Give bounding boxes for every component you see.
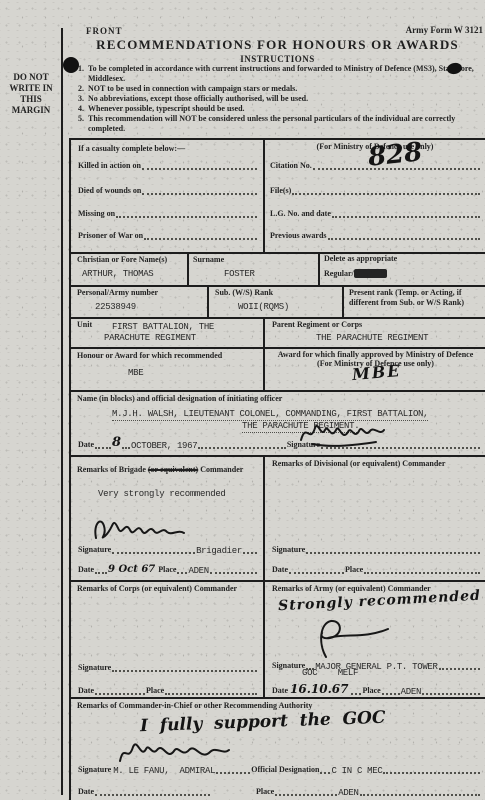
field-label: Previous awards xyxy=(270,231,327,241)
army-place-value: ADEN xyxy=(401,687,421,697)
corps-heading: Remarks of Corps (or equivalent) Command… xyxy=(77,584,259,594)
instruction-num: 4. xyxy=(72,104,84,114)
signature-label: Signature xyxy=(78,765,111,775)
rule xyxy=(70,252,485,254)
instruction-num: 1. xyxy=(72,64,84,84)
lg-no-field: L.G. No. and date xyxy=(270,209,481,219)
instruction-text: No abbreviations, except those officiall… xyxy=(88,94,481,104)
unit-value-line1: FIRST BATTALION, THE xyxy=(112,322,214,332)
cinc-date-place-row: Date Place ADEN xyxy=(78,783,481,797)
signature-label: Signature xyxy=(78,545,111,555)
place-label: Place xyxy=(362,686,380,696)
divider xyxy=(263,138,265,252)
date-label: Date xyxy=(78,686,94,696)
instruction-num: 2. xyxy=(72,84,84,94)
divisional-heading: Remarks of Divisional (or equivalent) Co… xyxy=(272,459,477,469)
died-of-wounds-field: Died of wounds on xyxy=(78,186,258,196)
surname-label: Surname xyxy=(193,255,224,265)
instruction-item: 2. NOT to be used in connection with cam… xyxy=(72,84,481,94)
divider xyxy=(263,580,265,697)
approved-award-value-hand: MBE xyxy=(351,361,402,384)
signature-label: Signature xyxy=(272,545,305,555)
brigade-signature-rank: Brigadier xyxy=(196,546,242,556)
date-label: Date xyxy=(78,565,94,575)
sub-rank-label: Sub. (W/S) Rank xyxy=(215,288,273,298)
rule xyxy=(70,455,485,457)
field-label: File(s) xyxy=(270,186,291,196)
place-label: Place xyxy=(256,787,274,797)
instruction-item: 5. This recommendation will NOT be consi… xyxy=(72,114,481,134)
brigade-place-value: ADEN xyxy=(188,566,208,576)
unit-label: Unit xyxy=(77,320,92,330)
divider xyxy=(263,317,265,390)
divider xyxy=(207,285,209,317)
divider xyxy=(318,252,320,285)
brigade-date-hand: 9 Oct 67 xyxy=(108,564,155,575)
missing-on-field: Missing on xyxy=(78,209,258,219)
date-label: Date xyxy=(272,565,288,575)
walsh-signature-scrawl xyxy=(298,418,386,448)
army-number-value: 22538949 xyxy=(95,302,136,312)
field-label: Killed in action on xyxy=(78,161,141,171)
date-day-hand: 8 xyxy=(112,435,121,450)
cinc-heading: Remarks of Commander-in-Chief or other R… xyxy=(77,701,312,711)
place-label: Place xyxy=(345,565,363,575)
instruction-text: NOT to be used in connection with campai… xyxy=(88,84,481,94)
army-date-place-row: Date 16.10.67 Place ADEN xyxy=(272,680,481,696)
rule xyxy=(70,285,485,287)
cinc-place-value: ADEN xyxy=(338,788,358,798)
margin-note: DO NOT WRITE IN THIS MARGIN xyxy=(4,72,58,116)
brigade-heading: Remarks of Brigade xyxy=(77,465,148,474)
recommended-award-label: Honour or Award for which recommended xyxy=(77,351,222,361)
front-label: FRONT xyxy=(86,26,123,36)
forename-value: ARTHUR, THOMAS xyxy=(82,269,153,279)
field-label: Missing on xyxy=(78,209,115,219)
killed-in-action-field: Killed in action on xyxy=(78,161,258,171)
place-label: Place xyxy=(158,565,176,575)
brigade-remark: Very strongly recommended xyxy=(98,489,226,499)
cinc-designation-value: C IN C MEC xyxy=(331,766,382,776)
instruction-num: 5. xyxy=(72,114,84,134)
brigadier-signature-scrawl xyxy=(92,512,187,544)
parent-regiment-label: Parent Regiment or Corps xyxy=(272,320,362,330)
recommended-award-value: MBE xyxy=(128,368,143,378)
citation-number-hand: 828 xyxy=(367,137,424,173)
cinc-signature-value: M. LE FANU, ADMIRAL xyxy=(113,766,215,776)
rule xyxy=(70,580,485,582)
form-number: Army Form W 3121 xyxy=(406,25,483,35)
brigade-heading-struck: (or equivalent) xyxy=(148,465,198,474)
instruction-text: Whenever possible, typescript should be … xyxy=(88,104,481,114)
corps-date-place-row: Date Place xyxy=(78,682,258,696)
prisoner-of-war-field: Prisoner of War on xyxy=(78,231,258,241)
initiating-officer-label: Name (in blocks) and official designatio… xyxy=(77,394,282,404)
files-field: File(s) xyxy=(270,186,481,196)
initiating-date-signature-row: Date 8 OCTOBER, 1967 Signature xyxy=(78,433,481,450)
divider xyxy=(187,252,189,285)
forename-label: Christian or Fore Name(s) xyxy=(77,255,185,265)
instruction-num: 3. xyxy=(72,94,84,104)
divider xyxy=(263,455,265,580)
army-date-hand: 16.10.67 xyxy=(290,682,348,696)
cinc-signature-row: Signature M. LE FANU, ADMIRAL Official D… xyxy=(78,761,481,775)
official-designation-label: Official Designation xyxy=(251,765,319,775)
instruction-item: 1. To be completed in accordance with cu… xyxy=(72,64,481,84)
table-left-border xyxy=(69,138,71,800)
divider xyxy=(342,285,344,317)
scanned-honours-form: DO NOT WRITE IN THIS MARGIN FRONT Army F… xyxy=(0,0,485,800)
casualty-heading: If a casualty complete below:— xyxy=(78,144,185,154)
cinc-remark-hand: I fully support the GOC xyxy=(140,708,386,737)
form-title: RECOMMENDATIONS FOR HONOURS OR AWARDS xyxy=(70,37,485,53)
instruction-item: 4. Whenever possible, typescript should … xyxy=(72,104,481,114)
rule xyxy=(70,347,485,349)
rule xyxy=(70,317,485,319)
margin-rule xyxy=(61,28,63,795)
instructions-list: 1. To be completed in accordance with cu… xyxy=(72,64,481,134)
brigade-date-place-row: Date 9 Oct 67 Place ADEN xyxy=(78,561,258,575)
surname-value: FOSTER xyxy=(224,269,255,279)
brigade-heading-post: Commander xyxy=(198,465,243,474)
corps-signature-row: Signature xyxy=(78,659,258,673)
place-label: Place xyxy=(146,686,164,696)
instruction-item: 3. No abbreviations, except those offici… xyxy=(72,94,481,104)
rule xyxy=(70,697,485,699)
date-label: Date xyxy=(272,686,288,696)
field-label: Citation No. xyxy=(270,161,312,171)
present-rank-label: Present rank (Temp. or Acting, if differ… xyxy=(349,288,480,308)
rule xyxy=(70,390,485,392)
parent-regiment-value: THE PARACHUTE REGIMENT xyxy=(316,333,428,343)
previous-awards-field: Previous awards xyxy=(270,231,481,241)
instructions-title: INSTRUCTIONS xyxy=(70,54,485,64)
unit-value-line2: PARACHUTE REGIMENT xyxy=(104,333,196,343)
field-label: Died of wounds on xyxy=(78,186,141,196)
date-label: Date xyxy=(78,440,94,450)
date-label: Date xyxy=(78,787,94,797)
rule xyxy=(70,138,485,140)
delete-option-regular: Regular/ xyxy=(324,269,354,278)
field-label: L.G. No. and date xyxy=(270,209,331,219)
signature-label: Signature xyxy=(272,661,305,671)
instruction-text: To be completed in accordance with curre… xyxy=(88,64,481,84)
instruction-text: This recommendation will NOT be consider… xyxy=(88,114,481,134)
army-signature-value2: GOC MELF xyxy=(302,668,358,678)
brigade-signature-row: Signature Brigadier xyxy=(78,541,258,555)
sub-rank-value: WOII(RQMS) xyxy=(238,302,289,312)
tower-signature-scrawl xyxy=(298,615,393,661)
date-value: OCTOBER, 1967 xyxy=(131,441,197,451)
signature-label: Signature xyxy=(78,663,111,673)
field-label: Prisoner of War on xyxy=(78,231,143,241)
delete-option-struck: AER/TA xyxy=(354,269,388,278)
divisional-signature-row: Signature xyxy=(272,541,481,555)
divisional-date-place-row: Date Place xyxy=(272,561,481,575)
army-number-label: Personal/Army number xyxy=(77,288,158,298)
